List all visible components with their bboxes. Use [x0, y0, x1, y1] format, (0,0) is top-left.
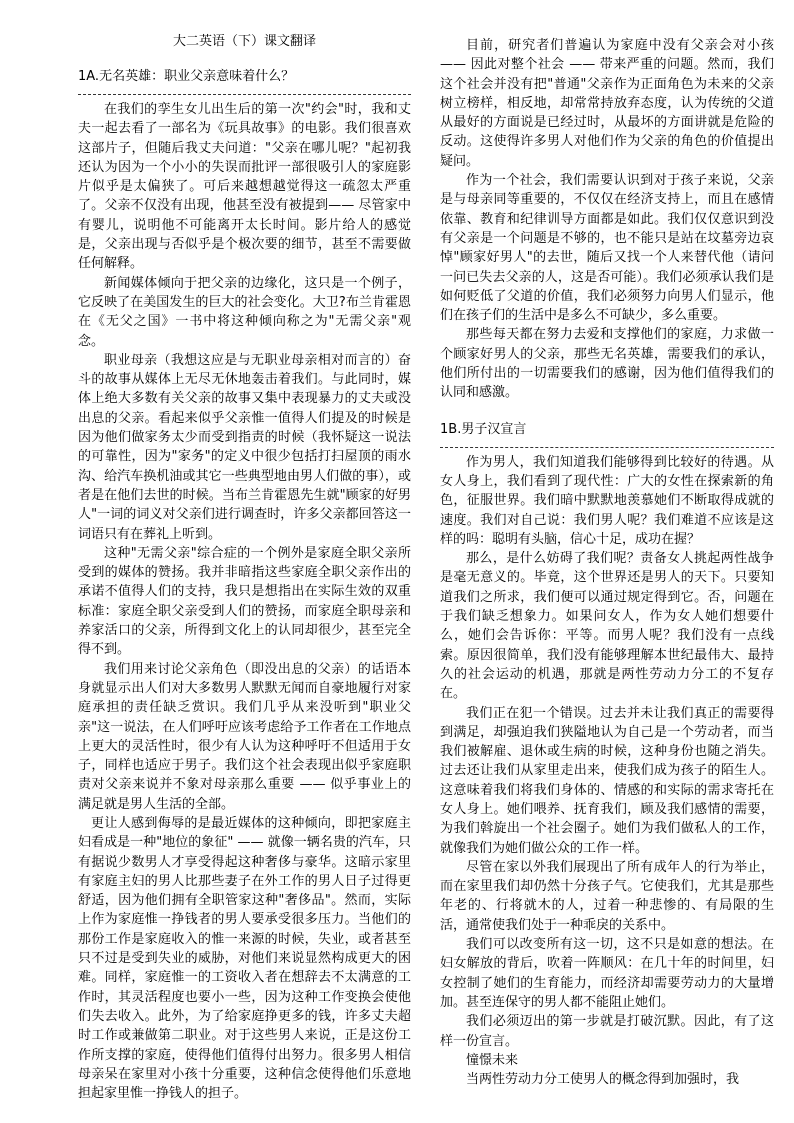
paragraph: 我们用来讨论父亲角色（即没出息的父亲）的话语本身就显示出人们对大多数男人默默无闻…: [78, 660, 411, 814]
dashed-divider: [440, 447, 774, 448]
paragraph: 那些每天都在努力去爱和支撑他们的家庭，力求做一个顾家好男人的父亲，那些无名英雄，…: [440, 325, 774, 402]
spacer: [440, 403, 774, 422]
section-heading-1a: 1A.无名英雄：职业父亲意味着什么？: [78, 69, 411, 85]
paragraph: 更让人感到侮辱的是最近媒体的这种倾向，即把家庭主妇看成是一种"地位的象征" ——…: [78, 814, 411, 1103]
paragraph: 目前，研究者们普遍认为家庭中没有父亲会对小孩 —— 因此对整个社会 —— 带来严…: [440, 36, 774, 171]
paragraph: 新闻媒体倾向于把父亲的边缘化，这只是一个例子，它反映了在美国发生的巨大的社会变化…: [78, 274, 411, 351]
paragraph: 尽管在家以外我们展现出了所有成年人的行为举止，而在家里我们却仍然十分孩子气。它使…: [440, 858, 774, 935]
paragraph: 在我们的孪生女儿出生后的第一次"约会"时，我和丈夫一起去看了一部名为《玩具故事》…: [78, 100, 411, 274]
document-title: 大二英语（下）课文翻译: [78, 34, 411, 50]
paragraph: 这种"无需父亲"综合症的一个例外是家庭全职父亲所受到的媒体的赞扬。我并非暗指这些…: [78, 544, 411, 660]
section-heading-1b: 1B.男子汉宣言: [440, 422, 774, 438]
paragraph: 我们正在犯一个错误。过去并未让我们真正的需要得到满足，却强迫我们狭隘地认为自己是…: [440, 704, 774, 858]
subheading: 憧憬未来: [440, 1051, 774, 1070]
paragraph: 当两性劳动力分工使男人的概念得到加强时，我: [440, 1070, 774, 1089]
paragraph: 作为一个社会，我们需要认识到对于孩子来说，父亲是与母亲同等重要的，不仅仅在经济支…: [440, 171, 774, 325]
left-column: 大二英语（下）课文翻译 1A.无名英雄：职业父亲意味着什么？ 在我们的孪生女儿出…: [78, 34, 411, 1103]
paragraph: 职业母亲（我想这应是与无职业母亲相对而言的）奋斗的故事从媒体上无尽无休地轰击着我…: [78, 351, 411, 544]
paragraph: 作为男人，我们知道我们能够得到比较好的待遇。从女人身上，我们看到了现代性：广大的…: [440, 453, 774, 549]
document-page: 大二英语（下）课文翻译 1A.无名英雄：职业父亲意味着什么？ 在我们的孪生女儿出…: [0, 0, 794, 1123]
paragraph: 我们必须迈出的第一步就是打破沉默。因此，有了这样一份宣言。: [440, 1012, 774, 1051]
right-column: 目前，研究者们普遍认为家庭中没有父亲会对小孩 —— 因此对整个社会 —— 带来严…: [440, 36, 774, 1089]
paragraph: 我们可以改变所有这一切，这不只是如意的想法。在妇女解放的背后，吹着一阵顺风：在几…: [440, 935, 774, 1012]
dashed-divider: [78, 94, 411, 95]
paragraph: 那么，是什么妨碍了我们呢？责备女人挑起两性战争是毫无意义的。毕竟，这个世界还是男…: [440, 549, 774, 703]
